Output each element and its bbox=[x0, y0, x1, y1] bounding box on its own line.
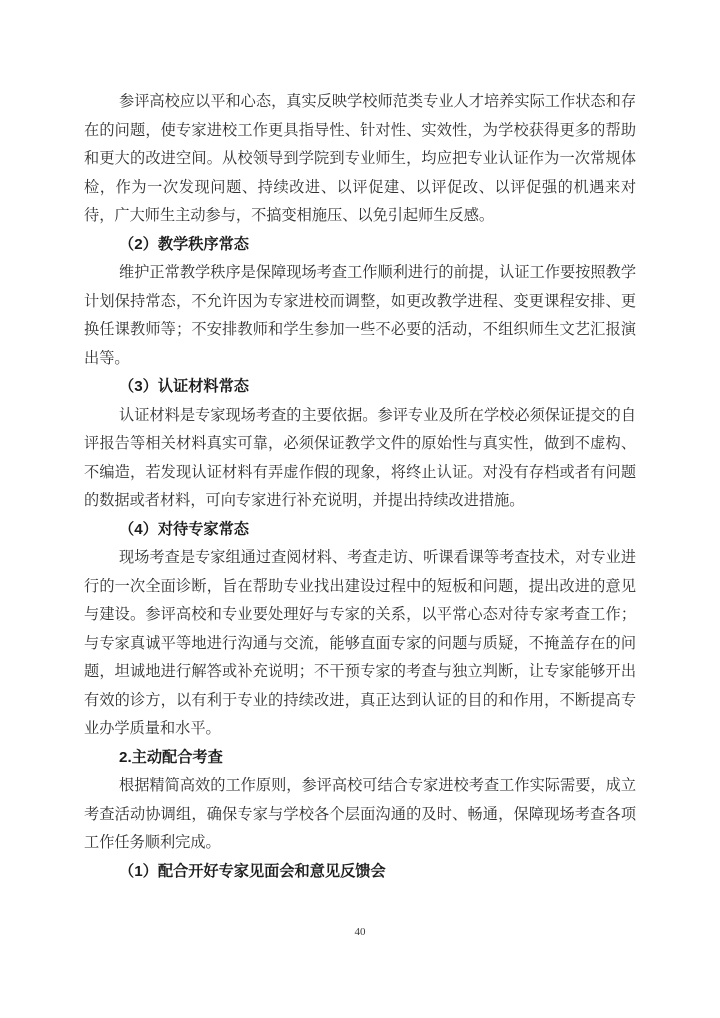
page-number: 40 bbox=[0, 926, 720, 938]
section-heading-teaching-order: （2）教学秩序常态 bbox=[84, 231, 636, 260]
section-heading-treating-experts: （4）对待专家常态 bbox=[84, 516, 636, 545]
body-paragraph: 根据精简高效的工作原则，参评高校可结合专家进校考查工作实际需要，成立考查活动协调… bbox=[84, 772, 636, 858]
body-paragraph: 现场考查是专家组通过查阅材料、考查走访、听课看课等考查技术，对专业进行的一次全面… bbox=[84, 544, 636, 744]
page-content: 参评高校应以平和心态，真实反映学校师范类专业人才培养实际工作状态和存在的问题，使… bbox=[84, 88, 636, 886]
body-paragraph: 参评高校应以平和心态，真实反映学校师范类专业人才培养实际工作状态和存在的问题，使… bbox=[84, 88, 636, 231]
section-heading-cooperate-review: 2.主动配合考查 bbox=[84, 744, 636, 773]
section-heading-certification-materials: （3）认证材料常态 bbox=[84, 373, 636, 402]
document-page: 参评高校应以平和心态，真实反映学校师范类专业人才培养实际工作状态和存在的问题，使… bbox=[0, 0, 720, 1018]
section-heading-meetings-feedback: （1）配合开好专家见面会和意见反馈会 bbox=[84, 858, 636, 887]
body-paragraph: 认证材料是专家现场考查的主要依据。参评专业及所在学校必须保证提交的自评报告等相关… bbox=[84, 402, 636, 516]
body-paragraph: 维护正常教学秩序是保障现场考查工作顺利进行的前提，认证工作要按照教学计划保持常态… bbox=[84, 259, 636, 373]
